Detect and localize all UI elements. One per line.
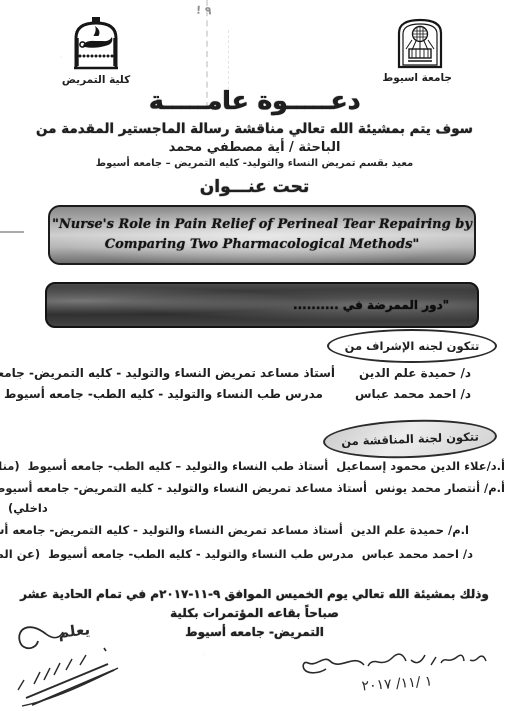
invitation-main-title: دعـــــوة عامـــــة xyxy=(0,86,509,115)
examiner-tag: (مناقش خارجي) xyxy=(0,459,20,473)
intro-paragraph: سوف يتم بمشيئة الله تعالي مناقشة رسالة ا… xyxy=(0,121,509,169)
examiner-role: أستاذ طب النساء والتوليد – كليه الطب- جا… xyxy=(28,459,329,473)
supervision-member-row: د/ حميدة علم الدين أستاذ مساعد تمريض الن… xyxy=(0,366,509,380)
thesis-title-english-line2: Comparing Two Pharmacological Methods" xyxy=(105,235,419,255)
scan-artifact-marks: ٩ ! xyxy=(196,4,212,18)
intro-announcement-line: سوف يتم بمشيئة الله تعالي مناقشة رسالة ا… xyxy=(0,121,509,137)
supervision-member-row: د/ احمد محمد عباس مدرس طب النساء والتولي… xyxy=(0,387,509,401)
examiner-tag-continuation: داخلي) xyxy=(4,501,505,515)
examiner-name: أ.د/علاء الدين محمود إسماعيل xyxy=(336,459,505,473)
examiner-name: أ.م/ أنتصار محمد يونس xyxy=(375,481,505,495)
scanned-thesis-defense-invitation: ٩ ! كلية التمريض xyxy=(0,0,509,711)
supervision-committee-list: د/ حميدة علم الدين أستاذ مساعد تمريض الن… xyxy=(0,366,509,408)
supervisor-role: أستاذ مساعد تمريض النساء والتوليد - كليه… xyxy=(0,366,335,380)
discussion-member-row: أ.د/علاء الدين محمود إسماعيل أستاذ طب ال… xyxy=(4,459,505,473)
discussion-member-row: د/ احمد محمد عباس مدرس طب النساء والتولي… xyxy=(4,547,505,561)
researcher-name-line: الباحثة / أية مصطفي محمد xyxy=(0,140,509,155)
assiut-university-logo: جامعة اسيوط xyxy=(388,16,452,84)
scan-edge-dash xyxy=(0,231,24,233)
supervisor-name: د/ احمد محمد عباس xyxy=(355,387,471,401)
faculty-logo-caption: كلية التمريض xyxy=(58,74,134,86)
supervision-committee-heading: تتكون لجنه الإشراف من xyxy=(327,329,497,363)
supervisor-name: د/ حميدة علم الدين xyxy=(367,366,471,380)
discussion-committee-list: أ.د/علاء الدين محمود إسماعيل أستاذ طب ال… xyxy=(4,459,505,569)
examiner-role: أستاذ مساعد تمريض النساء والتوليد - كليه… xyxy=(0,523,343,537)
discussion-member-row: ا.م/ حميدة علم الدين أستاذ مساعد تمريض ا… xyxy=(4,523,505,537)
nursing-faculty-logo: كلية التمريض xyxy=(58,16,134,86)
nursing-lamp-icon xyxy=(58,16,134,72)
supervisor-role: مدرس طب النساء والتوليد - كليه الطب- جام… xyxy=(4,387,323,401)
examiner-role: مدرس طب النساء والتوليد - كليه الطب- جام… xyxy=(48,547,354,561)
thesis-title-english-line1: "Nurse's Role in Pain Relief of Perineal… xyxy=(52,215,472,235)
examiner-name: د/ احمد محمد عباس xyxy=(362,547,473,561)
under-title-heading: تحت عنـــوان xyxy=(0,177,509,197)
university-emblem-icon xyxy=(388,16,452,70)
discussion-member-row: أ.م/ أنتصار محمد يونس أستاذ مساعد تمريض … xyxy=(4,481,505,495)
thesis-title-english-box: "Nurse's Role in Pain Relief of Perineal… xyxy=(48,205,476,265)
examiner-role: أستاذ مساعد تمريض النساء والتوليد - كليه… xyxy=(0,481,367,495)
signature-left xyxy=(8,618,148,710)
university-logo-caption: جامعة اسيوط xyxy=(388,72,452,84)
researcher-position-line: معيد بقسم تمريض النساء والتوليد- كليه ال… xyxy=(0,158,509,169)
thesis-title-arabic-text: "دور الممرضة في .......... xyxy=(293,298,477,312)
thesis-title-arabic-box: "دور الممرضة في .......... xyxy=(45,282,479,328)
examiner-tag: (عن المشرفين) xyxy=(0,547,40,561)
examiner-name: ا.م/ حميدة علم الدين xyxy=(351,523,469,537)
discussion-committee-heading: تتكون لجنة المناقشة من xyxy=(322,417,497,461)
